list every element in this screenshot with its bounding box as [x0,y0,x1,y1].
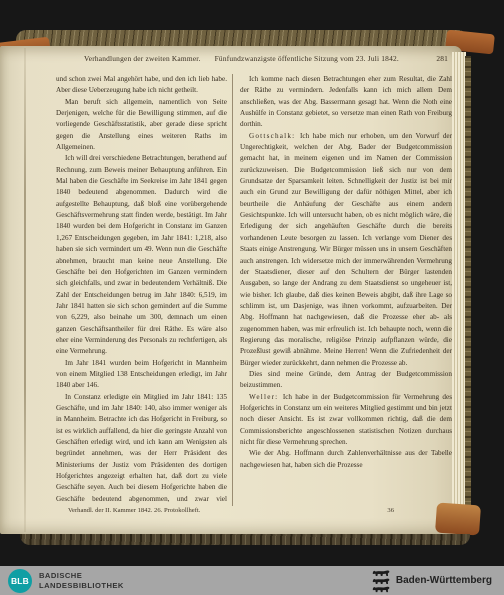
state-logo-group: Baden-Württemberg [372,569,492,593]
page-number: 281 [436,54,448,63]
paragraph: Man beruft sich allgemein, namentlich vo… [56,97,227,154]
fore-edge-decoration [465,56,471,526]
page-foot-row: Verhandl. der II. Kammer 1842. 26. Proto… [56,507,452,514]
paragraph: Im Jahr 1841 wurden beim Hofgericht in M… [56,358,227,392]
library-footer-bar: BLB BADISCHE LANDESBIBLIOTHEK Baden-Würt… [0,566,504,595]
book-top-edge [16,30,468,46]
library-logo-group: BLB BADISCHE LANDESBIBLIOTHEK [8,569,124,593]
page-fore-edge [452,52,466,530]
session-title: Fünfundzwanzigste öffentliche Sitzung vo… [215,54,399,63]
state-name: Baden-Württemberg [396,575,492,586]
printed-page-content: Verhandlungen der zweiten Kammer. Fünfun… [56,54,452,514]
speaker-name: Weller: [249,393,283,401]
paragraph: Weller: Ich habe in der Budgetcommission… [240,392,452,449]
speaker-name: Gottschalk: [249,132,300,140]
column-divider-rule [232,74,233,506]
library-name-line2: LANDESBIBLIOTHEK [39,581,124,591]
paragraph: Ich komme nach diesen Betrachtungen eher… [240,74,452,131]
paragraph: Wie der Abg. Hoffmann durch Zahlenverhäl… [240,448,452,471]
journal-title: Verhandlungen der zweiten Kammer. [84,54,201,63]
library-name: BADISCHE LANDESBIBLIOTHEK [39,571,124,591]
coat-of-arms-icon [372,569,390,593]
paragraph: Dies sind meine Gründe, dem Antrag der B… [240,369,452,392]
paragraph: Ich will drei verschiedene Betrachtungen… [56,153,227,357]
blb-logo-icon: BLB [8,569,32,593]
running-head: Verhandlungen der zweiten Kammer. Fünfun… [56,54,452,63]
book-bottom-edge [20,534,470,545]
paragraph: Gottschalk: Ich habe mich nur erhoben, u… [240,131,452,369]
page-gutter-line [24,48,26,532]
right-column: Ich komme nach diesen Betrachtungen eher… [240,74,452,506]
text-columns: und schon zwei Mal angehört habe, und de… [56,74,452,506]
signature-mark: 36 [387,507,394,514]
library-name-line1: BADISCHE [39,571,124,581]
left-column: und schon zwei Mal angehört habe, und de… [56,74,227,506]
paragraph: und schon zwei Mal angehört habe, und de… [56,74,227,97]
paragraph: In Constanz erledigte ein Mitglied im Ja… [56,392,227,506]
volume-footer-note: Verhandl. der II. Kammer 1842. 26. Proto… [68,507,200,514]
